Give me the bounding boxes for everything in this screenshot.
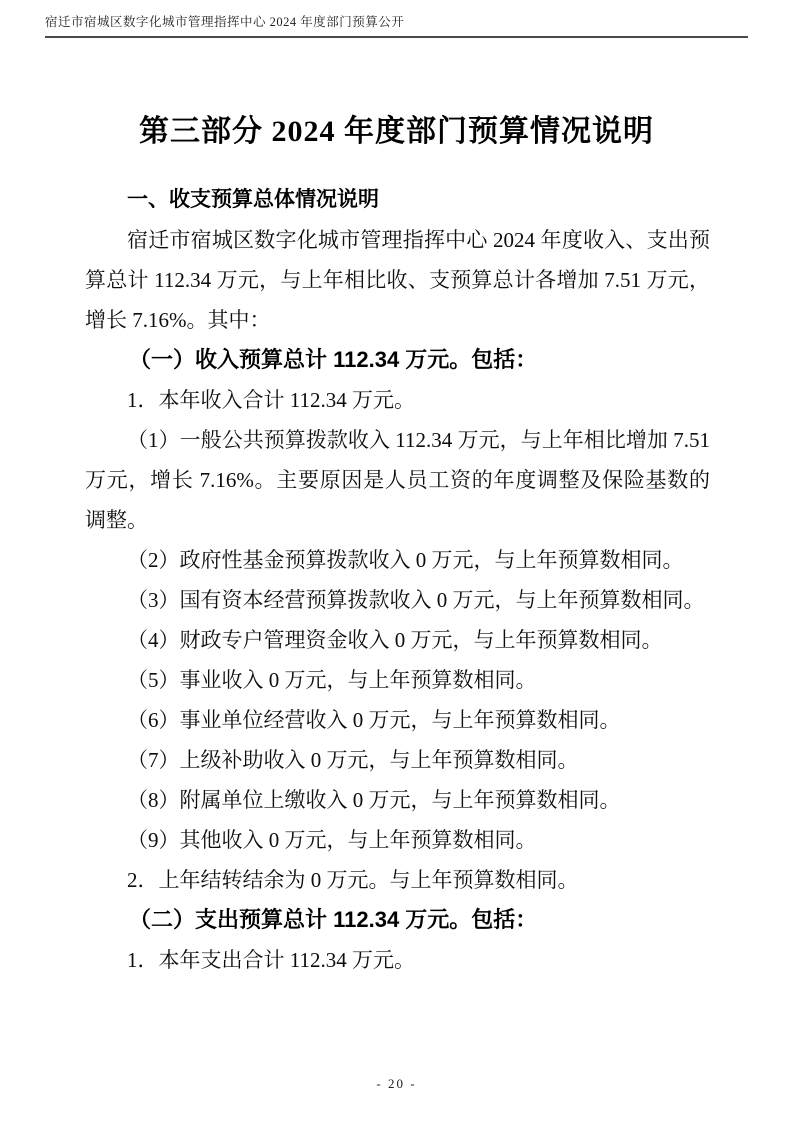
paragraph: 1．本年收入合计 112.34 万元。 (85, 380, 710, 420)
paragraph: （4）财政专户管理资金收入 0 万元，与上年预算数相同。 (85, 620, 710, 660)
section-heading: （二）支出预算总计 112.34 万元。包括： (85, 900, 710, 940)
paragraph: （5）事业收入 0 万元，与上年预算数相同。 (85, 660, 710, 700)
paragraph: 2．上年结转结余为 0 万元。与上年预算数相同。 (85, 860, 710, 900)
paragraph: 宿迁市宿城区数字化城市管理指挥中心 2024 年度收入、支出预算总计 112.3… (85, 220, 710, 340)
paragraph: （3）国有资本经营预算拨款收入 0 万元，与上年预算数相同。 (85, 580, 710, 620)
page-header: 宿迁市宿城区数字化城市管理指挥中心 2024 年度部门预算公开 (45, 12, 748, 38)
section-heading: 一、收支预算总体情况说明 (85, 180, 710, 220)
document-body: 一、收支预算总体情况说明宿迁市宿城区数字化城市管理指挥中心 2024 年度收入、… (85, 180, 710, 980)
header-title-text: 宿迁市宿城区数字化城市管理指挥中心 2024 年度部门预算公开 (45, 15, 404, 29)
page-title: 第三部分 2024 年度部门预算情况说明 (0, 106, 793, 150)
page-number: - 20 - (376, 1076, 416, 1091)
paragraph: 1．本年支出合计 112.34 万元。 (85, 940, 710, 980)
paragraph: （2）政府性基金预算拨款收入 0 万元，与上年预算数相同。 (85, 540, 710, 580)
page-footer: - 20 - (0, 1076, 793, 1092)
paragraph: （7）上级补助收入 0 万元，与上年预算数相同。 (85, 740, 710, 780)
paragraph: （1）一般公共预算拨款收入 112.34 万元，与上年相比增加 7.51 万元，… (85, 420, 710, 540)
document-page: 宿迁市宿城区数字化城市管理指挥中心 2024 年度部门预算公开 第三部分 202… (0, 0, 793, 1122)
paragraph: （6）事业单位经营收入 0 万元，与上年预算数相同。 (85, 700, 710, 740)
section-heading: （一）收入预算总计 112.34 万元。包括： (85, 340, 710, 380)
paragraph: （9）其他收入 0 万元，与上年预算数相同。 (85, 820, 710, 860)
paragraph: （8）附属单位上缴收入 0 万元，与上年预算数相同。 (85, 780, 710, 820)
